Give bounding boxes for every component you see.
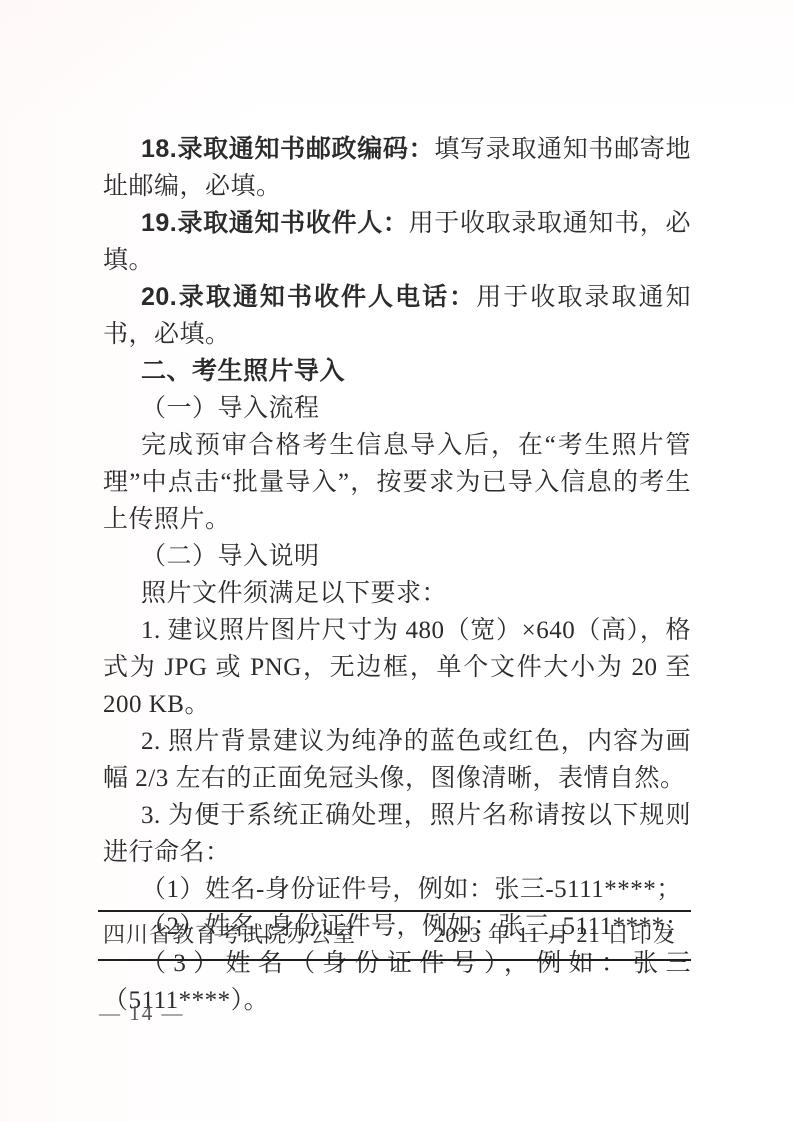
section-heading: 二、考生照片导入: [103, 353, 691, 390]
item-18-label: 18.录取通知书邮政编码：: [141, 135, 434, 163]
subsection-2-intro: 照片文件须满足以下要求：: [103, 575, 691, 612]
page-number: — 14 —: [99, 1000, 185, 1026]
issue-date: 2023 年 11 月 21 日印发: [433, 921, 676, 949]
subsection-2-heading: （二）导入说明: [103, 538, 691, 575]
document-body: 18.录取通知书邮政编码：填写录取通知书邮寄地址邮编，必填。 19.录取通知书收…: [103, 131, 691, 1019]
requirement-3: 3. 为便于系统正确处理，照片名称请按以下规则进行命名：: [103, 797, 691, 871]
document-footer: 四川省教育考试院办公室 2023 年 11 月 21 日印发: [98, 910, 691, 961]
item-19: 19.录取通知书收件人：用于收取录取通知书，必填。: [103, 205, 691, 279]
requirement-2: 2. 照片背景建议为纯净的蓝色或红色，内容为画幅 2/3 左右的正面免冠头像，图…: [103, 723, 691, 797]
footer-row: 四川省教育考试院办公室 2023 年 11 月 21 日印发: [98, 921, 691, 949]
item-20-label: 20.录取通知书收件人电话：: [141, 283, 476, 311]
subsection-1-heading: （一）导入流程: [103, 390, 691, 427]
document-page: 18.录取通知书邮政编码：填写录取通知书邮寄地址邮编，必填。 19.录取通知书收…: [0, 0, 794, 1122]
item-19-label: 19.录取通知书收件人：: [141, 209, 409, 237]
requirement-1: 1. 建议照片图片尺寸为 480（宽）×640（高），格式为 JPG 或 PNG…: [103, 612, 691, 723]
issuer-text: 四川省教育考试院办公室: [103, 921, 356, 949]
item-20: 20.录取通知书收件人电话：用于收取录取通知书，必填。: [103, 279, 691, 353]
subsection-1-paragraph: 完成预审合格考生信息导入后，在“考生照片管理”中点击“批量导入”，按要求为已导入…: [103, 427, 691, 538]
item-18: 18.录取通知书邮政编码：填写录取通知书邮寄地址邮编，必填。: [103, 131, 691, 205]
naming-rule-1: （1）姓名-身份证件号，例如：张三-5111****；: [103, 871, 691, 908]
